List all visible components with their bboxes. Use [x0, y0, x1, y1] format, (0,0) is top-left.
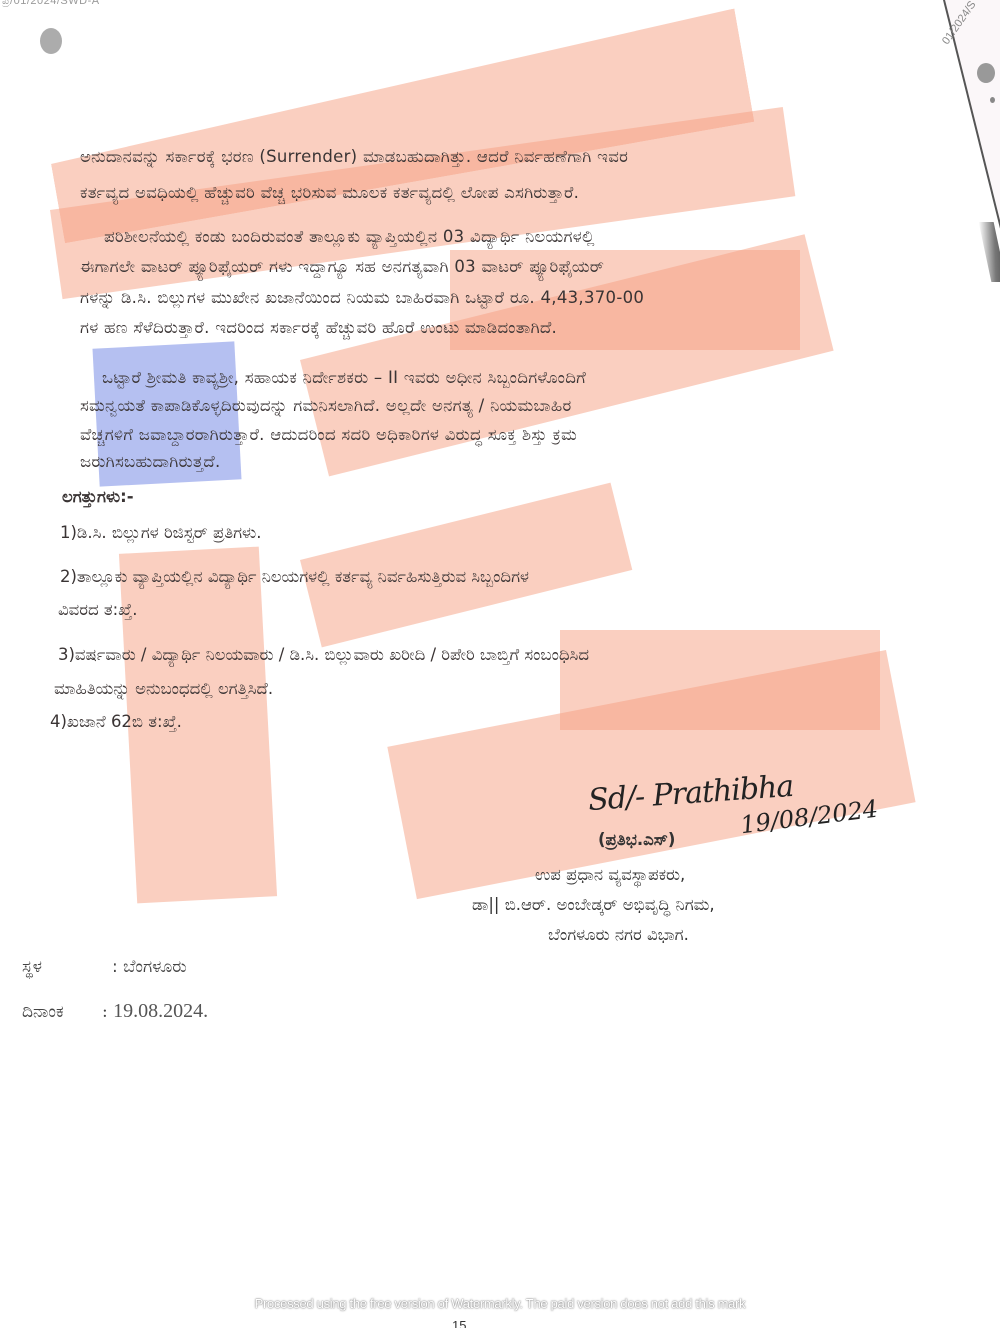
place-value: ಬೆಂಗಳೂರು	[123, 957, 187, 977]
paragraph-2-line-3: ಗಳನ್ನು ಡಿ.ಸಿ. ಬಿಲ್ಲುಗಳ ಮುಖೇನ ಖಜಾನೆಯಿಂದ ನ…	[80, 287, 644, 309]
paragraph-3-line-1: ಒಟ್ಟಾರೆ ಶ್ರೀಮತಿ ಕಾವ್ಯಶ್ರೀ, ಸಹಾಯಕ ನಿರ್ದೇಶ…	[102, 367, 586, 389]
signatory-division: ಬೆಂಗಳೂರು ನಗರ ವಿಭಾಗ.	[548, 925, 689, 945]
attachment-item-2-line-1: 2)ತಾಲ್ಲೂಕು ವ್ಯಾಪ್ತಿಯಲ್ಲಿನ ವಿದ್ಯಾರ್ಥಿ ನಿಲ…	[60, 567, 529, 587]
date-label: ದಿನಾಂಕ	[22, 1002, 102, 1022]
place-separator: :	[112, 957, 118, 977]
ink-dot	[990, 97, 995, 103]
signatory-name: (ಪ್ರತಿಭ.ಎಸ್)	[598, 830, 675, 850]
document-page: 01/2024/S ಪ್ರ/01/2024/SWD-A ಅನುದಾನವನ್ನು …	[0, 0, 1000, 1328]
text-layer: ಅನುದಾನವನ್ನು ಸರ್ಕಾರಕ್ಕೆ ಭರಣ (Surrender) ಮ…	[0, 0, 1000, 1328]
attachment-item-2-line-2: ವಿವರದ ತ:ಖ್ತೆ.	[58, 600, 138, 620]
paragraph-3-line-4: ಜರುಗಿಸಬಹುದಾಗಿರುತ್ತದೆ.	[80, 451, 221, 473]
place-label: ಸ್ಥಳ	[22, 957, 112, 977]
place-row: ಸ್ಥಳ: ಬೆಂಗಳೂರು	[22, 957, 187, 977]
attachments-heading: ಲಗತ್ತುಗಳು:-	[62, 487, 134, 507]
signatory-organization: ಡಾ|| ಬಿ.ಆರ್. ಅಂಬೇಡ್ಕರ್ ಅಭಿವೃದ್ಧಿ ನಿಗಮ,	[472, 895, 715, 915]
date-separator: :	[102, 1002, 108, 1022]
attachment-item-3-line-2: ಮಾಹಿತಿಯನ್ನು ಅನುಬಂಧದಲ್ಲಿ ಲಗತ್ತಿಸಿದೆ.	[54, 679, 273, 699]
date-row: ದಿನಾಂಕ: 19.08.2024.	[22, 1000, 208, 1023]
paragraph-2-line-1: ಪರಿಶೀಲನೆಯಲ್ಲಿ ಕಂಡು ಬಂದಿರುವಂತೆ ತಾಲ್ಲೂಕು ವ…	[104, 226, 595, 248]
paragraph-1-line-2: ಕರ್ತವ್ಯದ ಅವಧಿಯಲ್ಲಿ ಹೆಚ್ಚುವರಿ ವೆಚ್ಚ ಭರಿಸು…	[80, 182, 579, 204]
signatory-designation: ಉಪ ಪ್ರಧಾನ ವ್ಯವಸ್ಥಾಪಕರು,	[535, 865, 685, 885]
punch-hole-icon	[977, 63, 995, 83]
watermark-text: Processed using the free version of Wate…	[0, 1296, 1000, 1311]
attachment-item-4: 4)ಖಜಾನೆ 62ಬಿ ತ:ಖ್ತೆ.	[50, 712, 182, 732]
paragraph-1-line-1: ಅನುದಾನವನ್ನು ಸರ್ಕಾರಕ್ಕೆ ಭರಣ (Surrender) ಮ…	[80, 146, 628, 168]
attachment-item-1: 1)ಡಿ.ಸಿ. ಬಿಲ್ಲುಗಳ ರಿಜಿಸ್ಟರ್ ಪ್ರತಿಗಳು.	[60, 523, 261, 543]
paragraph-2-line-4: ಗಳ ಹಣ ಸೆಳೆದಿರುತ್ತಾರೆ. ಇದರಿಂದ ಸರ್ಕಾರಕ್ಕೆ …	[80, 317, 557, 339]
paragraph-3-line-2: ಸಮನ್ವಯತೆ ಕಾಪಾಡಿಕೊಳ್ಳದಿರುವುದನ್ನು ಗಮನಿಸಲಾಗ…	[80, 395, 572, 417]
attachment-item-3-line-1: 3)ವರ್ಷವಾರು / ವಿದ್ಯಾರ್ಥಿ ನಿಲಯವಾರು / ಡಿ.ಸಿ…	[58, 645, 589, 665]
paragraph-3-line-3: ವೆಚ್ಚಗಳಿಗೆ ಜವಾಬ್ದಾರರಾಗಿರುತ್ತಾರೆ. ಆದುದರಿಂ…	[80, 424, 577, 446]
paragraph-2-line-2: ಈಗಾಗಲೇ ವಾಟರ್ ಪ್ಯೂರಿಫೈಯರ್ ಗಳು ಇದ್ದಾಗ್ಯೂ ಸ…	[80, 256, 604, 278]
date-value: 19.08.2024.	[113, 1000, 208, 1022]
